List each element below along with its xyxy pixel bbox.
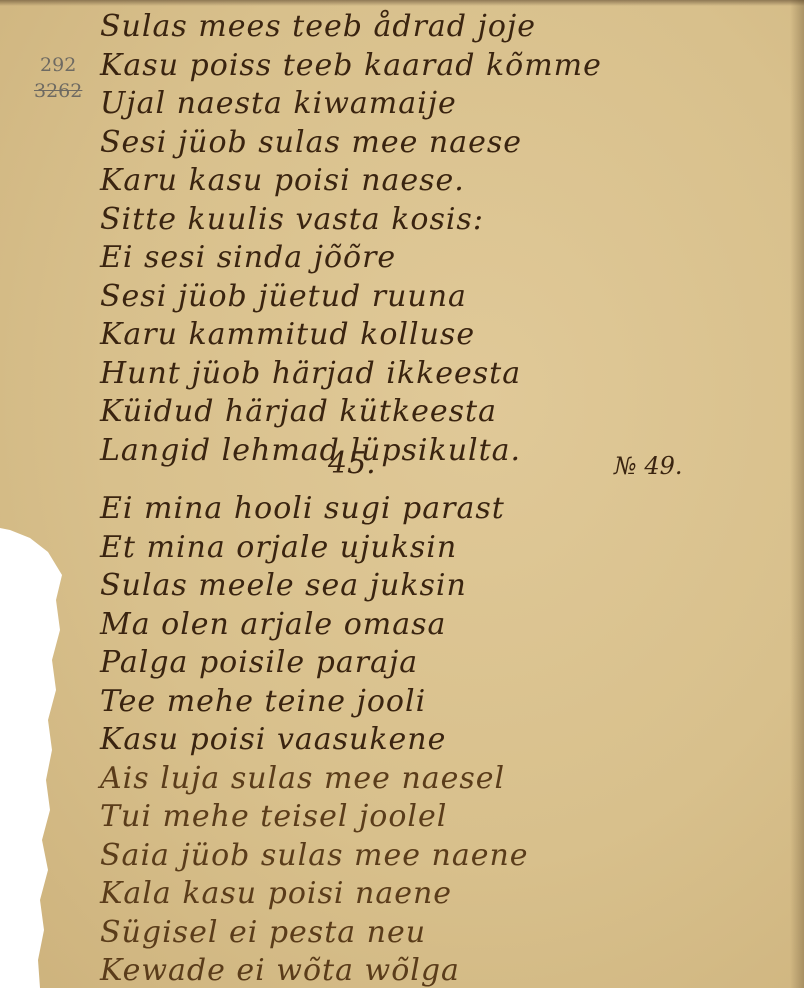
- verse-line: Sesi jüob sulas mee naese: [100, 124, 790, 163]
- verse-section-1: Sulas mees teeb ådrad joje Kasu poiss te…: [100, 8, 790, 470]
- verse-line: Karu kasu poisi naese.: [100, 162, 790, 201]
- verse-line: Tee mehe teine jooli: [100, 683, 790, 722]
- verse-line: Saia jüob sulas mee naene: [100, 837, 790, 876]
- verse-line: Palga poisile paraja: [100, 644, 790, 683]
- verse-line: Sesi jüob jüetud ruuna: [100, 278, 790, 317]
- verse-line: Langid lehmad lüpsikulta.: [100, 432, 790, 471]
- number-label: № 49.: [614, 452, 683, 480]
- verse-line: Ais luja sulas mee naesel: [100, 760, 790, 799]
- verse-line: Et mina orjale ujuksin: [100, 529, 790, 568]
- archive-number-block: 292 3262: [34, 52, 82, 104]
- song-number: 45.: [328, 446, 376, 481]
- verse-line: Sitte kuulis vasta kosis:: [100, 201, 790, 240]
- verse-line: Karu kammitud kolluse: [100, 316, 790, 355]
- verse-line: Sulas mees teeb ådrad joje: [100, 8, 790, 47]
- verse-line: Ei mina hooli sugi parast: [100, 490, 790, 529]
- verse-line: Kala kasu poisi naene: [100, 875, 790, 914]
- verse-line: Sügisel ei pesta neu: [100, 914, 790, 953]
- paper-top-edge: [0, 0, 804, 6]
- verse-line: Ei sesi sinda jõõre: [100, 239, 790, 278]
- verse-line: Ma olen arjale omasa: [100, 606, 790, 645]
- verse-line: Hunt jüob härjad ikkeesta: [100, 355, 790, 394]
- verse-line: Kasu poisi vaasukene: [100, 721, 790, 760]
- verse-section-2: Ei mina hooli sugi parast Et mina orjale…: [100, 490, 790, 991]
- verse-line: Tui mehe teisel joolel: [100, 798, 790, 837]
- verse-line: Sulas meele sea juksin: [100, 567, 790, 606]
- archive-number-crossed: 3262: [34, 78, 82, 104]
- verse-line: Kewade ei wõta wõlga: [100, 952, 790, 991]
- archive-number: 292: [34, 52, 82, 78]
- verse-line: Kasu poiss teeb kaarad kõmme: [100, 47, 790, 86]
- verse-line: Küidud härjad kütkeesta: [100, 393, 790, 432]
- verse-line: Ujal naesta kiwamaije: [100, 85, 790, 124]
- paper-right-edge-shadow: [790, 0, 804, 988]
